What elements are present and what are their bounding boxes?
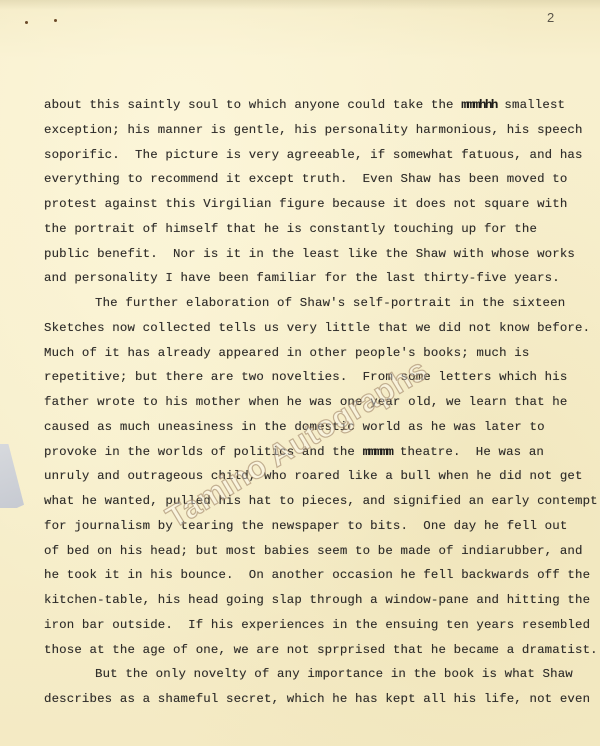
text-segment: soporific. The picture is very agreeable… bbox=[44, 148, 583, 162]
text-segment: public benefit. Nor is it in the least l… bbox=[44, 247, 575, 261]
text-segment: iron bar outside. If his experiences in … bbox=[44, 618, 590, 632]
text-line: what he wanted, pulled his hat to pieces… bbox=[44, 493, 589, 518]
struck-out-text: mmmhhh bbox=[461, 98, 497, 112]
ink-mark bbox=[25, 21, 28, 24]
text-line: the portrait of himself that he is const… bbox=[44, 221, 589, 246]
text-segment: of bed on his head; but most babies seem… bbox=[44, 544, 583, 558]
text-line: everything to recommend it except truth.… bbox=[44, 171, 589, 196]
text-segment: But the only novelty of any importance i… bbox=[95, 667, 573, 681]
text-segment: those at the age of one, we are not sprp… bbox=[44, 643, 598, 657]
text-segment: what he wanted, pulled his hat to pieces… bbox=[44, 494, 598, 508]
text-segment: kitchen-table, his head going slap throu… bbox=[44, 593, 590, 607]
text-line: those at the age of one, we are not sprp… bbox=[44, 642, 589, 667]
text-line: and personality I have been familiar for… bbox=[44, 270, 589, 295]
text-line: describes as a shameful secret, which he… bbox=[44, 691, 589, 716]
text-segment: Sketches now collected tells us very lit… bbox=[44, 321, 590, 335]
text-line: Sketches now collected tells us very lit… bbox=[44, 320, 589, 345]
text-line: protest against this Virgilian figure be… bbox=[44, 196, 589, 221]
text-segment: and personality I have been familiar for… bbox=[44, 271, 560, 285]
text-segment: smallest bbox=[497, 98, 565, 112]
text-line: Much of it has already appeared in other… bbox=[44, 345, 589, 370]
text-line: of bed on his head; but most babies seem… bbox=[44, 543, 589, 568]
text-line: public benefit. Nor is it in the least l… bbox=[44, 246, 589, 271]
page-top-shadow bbox=[0, 0, 600, 10]
text-line: iron bar outside. If his experiences in … bbox=[44, 617, 589, 642]
text-line: provoke in the worlds of politics and th… bbox=[44, 444, 589, 469]
text-segment: exception; his manner is gentle, his per… bbox=[44, 123, 583, 137]
text-line: exception; his manner is gentle, his per… bbox=[44, 122, 589, 147]
page-number: 2 bbox=[547, 10, 554, 25]
text-line: for journalism by tearing the newspaper … bbox=[44, 518, 589, 543]
text-line: soporific. The picture is very agreeable… bbox=[44, 147, 589, 172]
text-line: father wrote to his mother when he was o… bbox=[44, 394, 589, 419]
text-segment: unruly and outrageous child, who roared … bbox=[44, 469, 583, 483]
text-segment: provoke in the worlds of politics and th… bbox=[44, 445, 363, 459]
struck-out-text: mmmmm bbox=[363, 445, 393, 459]
text-line: The further elaboration of Shaw's self-p… bbox=[44, 295, 589, 320]
text-segment: for journalism by tearing the newspaper … bbox=[44, 519, 567, 533]
text-line: about this saintly soul to which anyone … bbox=[44, 97, 589, 122]
text-segment: about this saintly soul to which anyone … bbox=[44, 98, 461, 112]
text-segment: everything to recommend it except truth.… bbox=[44, 172, 567, 186]
ink-mark bbox=[54, 19, 57, 22]
typewritten-page: 2 about this saintly soul to which anyon… bbox=[0, 0, 600, 746]
text-segment: father wrote to his mother when he was o… bbox=[44, 395, 567, 409]
text-line: repetitive; but there are two novelties.… bbox=[44, 369, 589, 394]
text-line: kitchen-table, his head going slap throu… bbox=[44, 592, 589, 617]
text-segment: the portrait of himself that he is const… bbox=[44, 222, 537, 236]
text-segment: describes as a shameful secret, which he… bbox=[44, 692, 590, 706]
text-line: unruly and outrageous child, who roared … bbox=[44, 468, 589, 493]
typed-letter-body: about this saintly soul to which anyone … bbox=[44, 97, 589, 716]
text-line: But the only novelty of any importance i… bbox=[44, 666, 589, 691]
text-segment: caused as much uneasiness in the domesti… bbox=[44, 420, 545, 434]
text-segment: The further elaboration of Shaw's self-p… bbox=[95, 296, 565, 310]
attached-paper-fragment bbox=[0, 444, 24, 508]
text-segment: repetitive; but there are two novelties.… bbox=[44, 370, 567, 384]
text-segment: protest against this Virgilian figure be… bbox=[44, 197, 567, 211]
text-segment: Much of it has already appeared in other… bbox=[44, 346, 529, 360]
text-line: caused as much uneasiness in the domesti… bbox=[44, 419, 589, 444]
text-segment: theatre. He was an bbox=[392, 445, 544, 459]
text-line: he took it in his bounce. On another occ… bbox=[44, 567, 589, 592]
text-segment: he took it in his bounce. On another occ… bbox=[44, 568, 590, 582]
